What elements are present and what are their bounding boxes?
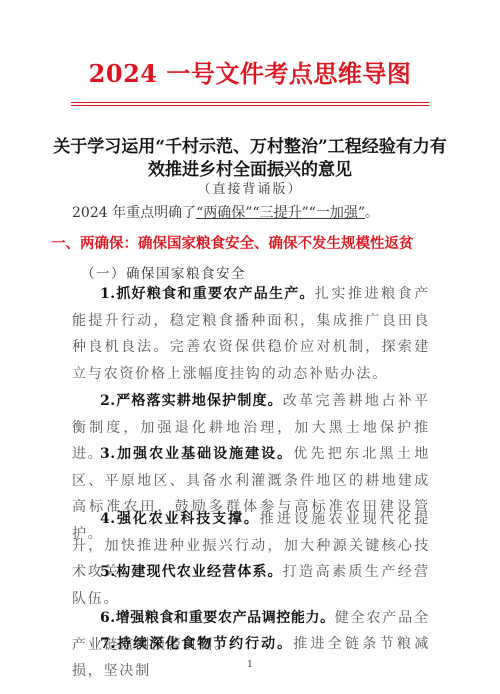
item-7: 7.持续深化食物节约行动。推进全链条节粮减损，坚决制: [72, 631, 430, 684]
section-heading: 一、两确保：确保国家粮食安全、确保不发生规模性返贫: [51, 232, 414, 253]
subsection-heading: （一）确保国家粮食安全: [81, 262, 246, 282]
page-number: 1: [0, 660, 500, 670]
title-divider-top: [71, 102, 429, 103]
title-divider-bottom: [71, 105, 429, 106]
intro-suffix: 。: [365, 205, 379, 221]
doc-heading-line1: 关于学习运用“千村示范、万村整治”工程经验有力有: [0, 132, 500, 157]
intro-keywords: “两确保”“三提升”“一加强”: [196, 205, 365, 221]
doc-heading-line2: 效推进乡村全面振兴的意见: [0, 155, 500, 180]
intro-prefix: 2024 年重点明确了: [72, 205, 196, 221]
page-title: 2024 一号文件考点思维导图: [0, 54, 500, 89]
doc-subtitle: （直接背诵版）: [0, 178, 500, 197]
intro-line: 2024 年重点明确了“两确保”“三提升”“一加强”。: [72, 202, 379, 222]
item-1: 1.抓好粮食和重要农产品生产。扎实推进粮食产能提升行动，稳定粮食播种面积，集成推…: [72, 281, 430, 387]
